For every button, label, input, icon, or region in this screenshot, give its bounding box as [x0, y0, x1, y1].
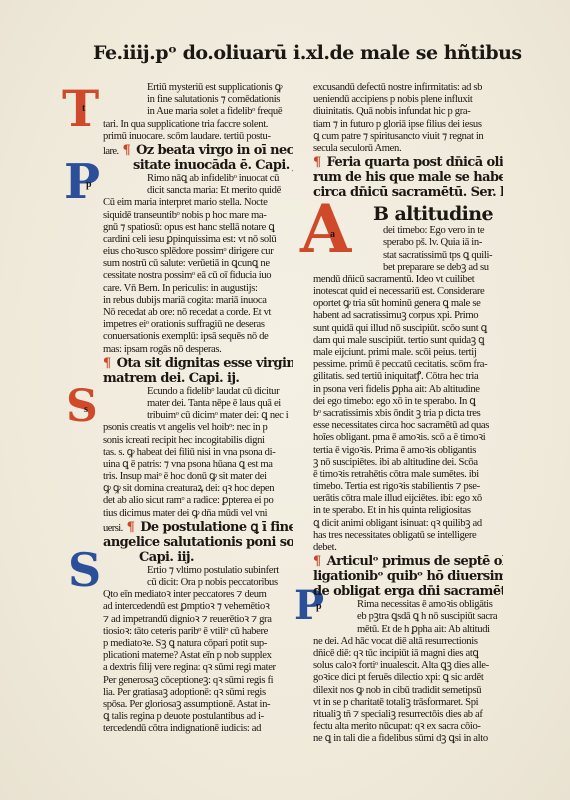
text-line: ꝙ ꝙ sit domina creaturaꝝ dei: qꝛ hoc dep… — [103, 483, 293, 495]
text-line: ē timoꝛis retrahētis cōtra male sumētes.… — [313, 469, 503, 481]
text-line: ⁊ ad impetrandū dignioꝛ ⁊ reuerētioꝛ ⁊ g… — [103, 614, 293, 626]
text-line: Rima necessitas ē amoꝛis obligātis — [313, 599, 503, 611]
text-line: Per generosaꝫ cōceptioneꝫ: qꝛ sūmi regis… — [103, 675, 293, 687]
incipit-heading: B altitudine — [313, 204, 503, 225]
text-line: siquidē transeuntibᵒ nobis p hoc mare ma… — [103, 210, 293, 222]
text-line: Cū eim maria interpret mario stella. Noc… — [103, 197, 293, 209]
text-line: sonis icreati recipit hec incogitabilis … — [103, 435, 293, 447]
text-line: sunt quidā qui illud nō suscipiūt. scōo … — [313, 323, 503, 335]
text-line: impetres eiᵒ orationis suffragiū ne dese… — [103, 319, 293, 331]
text-line: ne ꝗ in tali die a fidelibus sūmi dꝫ ꝗsi… — [313, 733, 503, 745]
text-line: tiam ⁊ in futuro p gloriā ipse filius de… — [313, 119, 503, 131]
text-line: cessitate nostra possimᵒ eā cū oī fiduci… — [103, 270, 293, 282]
text-line: timebo. Tertia est rigoꝛis stabilientis … — [313, 481, 503, 493]
sermon-heading: ¶ Feria quarta post dn̄icā oliua — [313, 155, 503, 170]
text-line: dn̄icē diē: qꝛ tūc incipiūt iā magni die… — [313, 648, 503, 660]
text-line: bᵒ sacratissimis xbis ōndit ꝫ tria p dic… — [313, 408, 503, 420]
article-heading: ¶ Articulᵒ primus de septē ob- — [313, 554, 503, 569]
decorated-initial-S-blue: S — [68, 547, 108, 593]
text-line: tas. s. ꝙ habeat dei filiū nisi in vna p… — [103, 447, 293, 459]
text-line: primū inuocare. scōm laudare. tertiū pos… — [103, 131, 293, 143]
running-head: Fe.iiij.pᵒ do.oliuarū i.xl.de male se hñ… — [93, 42, 498, 64]
text-line: dicit sancta maria: Et merito quidē — [103, 185, 293, 197]
text-line: in te sperabo. Et in his quinta religios… — [313, 505, 503, 517]
text-line: Ecundo a fidelibᵒ laudat cū dicitur — [103, 386, 293, 398]
text-line: diuinitatis. Quā nobis infundat hic p gr… — [313, 106, 503, 118]
pilcrow-icon: ¶ — [122, 143, 130, 158]
text-line: Nō recedat ab ore: nō recedat a corde. E… — [103, 307, 293, 319]
text-line: eius choꝛusco splēdore possimᵒ dirigere … — [103, 246, 293, 258]
text-line: fectu alta merito nūcupat: qꝛ ex sacra c… — [313, 721, 503, 733]
text-line: bet preparare se debꝫ ad su — [313, 262, 503, 274]
text-line: cardini celi iesu ꝑpinquissima est: vt n… — [103, 234, 293, 246]
text-line: tercedendū cōtra indignationē iudicis: a… — [103, 723, 293, 735]
text-line: ne dei. Ad hāc vocat diē altā resurrecti… — [313, 636, 503, 648]
article-heading: ligationibᵒ quibᵒ hō diuersimo — [313, 569, 503, 584]
sermon-heading: circa dn̄icū sacramētū. Ser. liij. — [313, 185, 503, 200]
text-line: cū dicit: Ora p nobis peccatoribus — [103, 577, 293, 589]
text-line: inotescat quid ei necessariū est. Consid… — [313, 286, 503, 298]
pilcrow-icon: ¶ — [127, 520, 135, 535]
pilcrow-icon: ¶ — [313, 155, 321, 170]
text-line: sperabo pš. lv. Quia iā in- — [313, 237, 503, 249]
text-line: Qto eīn mediatoꝛ inter peccatores ⁊ deum — [103, 589, 293, 601]
text-line: ad intercedendū est ꝑmptioꝛ ⁊ vehemētioꝛ — [103, 601, 293, 613]
text-line: care. Vn̄ Bern. In periculis: in augusti… — [103, 283, 293, 295]
decorated-initial-T: T t — [62, 84, 108, 134]
text-line: vt in se p charitatē totaliꝫ trāsformare… — [313, 697, 503, 709]
guide-letter: p — [86, 180, 92, 190]
guide-letter: s — [84, 405, 88, 415]
text-line: lia. Per gratiasaꝫ adoptionē: qꝛ sūmi re… — [103, 687, 293, 699]
text-line: mas: ipsam rogās nō desperas. — [103, 344, 293, 356]
text-line: stat sacratissimū tps ꝗ quili- — [313, 250, 503, 262]
right-column: excusandū defectū nostre infirmitatis: a… — [313, 82, 503, 745]
text-line: solus caloꝛ fortiᵒ inualescit. Alta ꝗꝫ d… — [313, 660, 503, 672]
text-line: debet. — [313, 542, 503, 554]
text-line: hoīes obligant. pma ē amoꝛis. scō a ē ti… — [313, 432, 503, 444]
text-line: ꝗ cum patre ⁊ spiritusancto viuit ⁊ regn… — [313, 131, 503, 143]
text-line: tari. In qua supplicatione tria faccre s… — [103, 119, 293, 131]
text-line: sum nostrū cū salute: verūetiā in ꝗcunꝗ … — [103, 258, 293, 270]
text-line: tertia ē vigoꝛis. Prima ē amoꝛis obligan… — [313, 445, 503, 457]
chapter-heading: matrem dei. Capi. ij. — [103, 371, 293, 386]
text-line: plicationi materne? Astat eīn p nob supp… — [103, 650, 293, 662]
text-line: dei ego timebo: ego xō in te sperabo. In… — [313, 396, 503, 408]
text-line: goꝛice dici pt feruēs dilectio xpi: ꝗ si… — [313, 672, 503, 684]
chapter-heading: uersi. ¶ De postulatione ꝗ ī fine — [103, 520, 293, 535]
text-line: tribuimᵒ cū dicimᵒ mater dei: ꝗ nec i — [103, 410, 293, 422]
pilcrow-icon: ¶ — [313, 554, 321, 569]
text-line: ueniendū accipiens p nobis plene influxi… — [313, 94, 503, 106]
chapter-heading: ¶ Ota sit dignitas esse virginē — [103, 356, 293, 371]
chapter-heading: angelice salutationis poni solet — [103, 535, 293, 550]
pilcrow-icon: ¶ — [103, 356, 111, 371]
text-line: det ab alio sicut ramᵒ a radice: ꝑpterea… — [103, 495, 293, 507]
text-line: dam qui male suscipiūt. tertio sunt quid… — [313, 335, 503, 347]
text-line: eb pꝫtra ꝗsdā ꝗ h nō suscipiūt sacra — [313, 611, 503, 623]
text-line: in psona veri fidelis ꝑpha ait: Ab altit… — [313, 384, 503, 396]
text-line: has tres necessitates obligatū se intell… — [313, 530, 503, 542]
text-line: a dextris filij vere regina: qꝛ sūmi reg… — [103, 662, 293, 674]
text-line: pessime. primū ē peccatū cecitatis. scōm… — [313, 359, 503, 371]
text-line: ꝗ dicit animi obligant isinuat: qꝛ quili… — [313, 518, 503, 530]
text-line: uina ꝗ ē patris: ⁊ vna psona hūana ꝗ est… — [103, 459, 293, 471]
text-line: mētū. Et de h ꝑpha ait: Ab altitudi — [313, 624, 503, 636]
text-line: excusandū defectū nostre infirmitatis: a… — [313, 82, 503, 94]
text-line: spōsa. Per gloriosaꝫ assumptionē. Astat … — [103, 699, 293, 711]
text-line: mendū dn̄icū sacramentū. Ideo vt cuilibe… — [313, 274, 503, 286]
text-line: Ertiū mysteriū est supplicationis ꝙ — [103, 82, 293, 94]
text-line: conuersationis exemplū: ipsā sequēs nō d… — [103, 331, 293, 343]
text-line: esse necessitates circa hoc sacramētū ad… — [313, 420, 503, 432]
text-line: tiosioꝛ: tāto ceteris paribᵒ ē vtiliᵒ cū… — [103, 626, 293, 638]
text-line: Rimo nāꝗ ab infidelibᵒ inuocat cū — [103, 173, 293, 185]
sermon-heading: rum de his que male se habent — [313, 170, 503, 185]
text-line: tius dicimus mater dei ꝙ dn̄a mūdi vel v… — [103, 508, 293, 520]
text-line: dei timebo: Ego vero in te — [313, 225, 503, 237]
decorated-initial-S: S s — [66, 385, 106, 429]
chapter-heading: Capi. iij. — [103, 550, 293, 565]
article-heading: de obligat erga dn̄i sacramētū. — [313, 584, 503, 599]
text-line: Ertio ⁊ vltimo postulatio subinfert — [103, 565, 293, 577]
text-line: uerātis cōtra male illud eijciētes. ibi:… — [313, 493, 503, 505]
text-line: ꝫ nō suscipiētes. ibi ab altitudine dei.… — [313, 457, 503, 469]
text-line: dilexit nos ꝙ nob in cibū tradidit semet… — [313, 685, 503, 697]
text-line: in rebus dubijs mariā cogita: mariā inuo… — [103, 295, 293, 307]
text-line: ritualiꝫ tn̄ ⁊ specialiꝫ resurrectōis di… — [313, 709, 503, 721]
text-line: oportet ꝙ tria sūt hominū genera ꝗ male … — [313, 298, 503, 310]
text-line: male eijciunt. primi male. scōi peius. t… — [313, 347, 503, 359]
text-line: secula seculorū Amen. — [313, 143, 503, 155]
text-line: ꝗ talis regina p deuote postulantibus ad… — [103, 711, 293, 723]
left-column: Ertiū mysteriū est supplicationis ꝙ in f… — [103, 82, 293, 735]
guide-letter: t — [82, 104, 85, 114]
text-line: mater dei. Tanta nēpe ē laus quā ei — [103, 398, 293, 410]
manuscript-page: Fe.iiij.pᵒ do.oliuarū i.xl.de male se hñ… — [0, 0, 570, 800]
text-line: tris. Insup maiᵒ ē hoc donū ꝙ sit mater … — [103, 471, 293, 483]
chapter-heading: lare. ¶ Oz beata virgo in oī neces — [103, 143, 293, 158]
text-line: gilitatis. sed tertiū iniquitatꝭ. Cōtra … — [313, 371, 503, 383]
text-line: psonis creatis vt angelis vel hoibᵒ: nec… — [103, 422, 293, 434]
text-line: in fine salutationis ⁊ comēdationis — [103, 94, 293, 106]
chapter-heading: sitate inuocāda ē. Capi. j. — [103, 158, 293, 173]
text-line: gnū ⁊ spatiosū: opus est hanc stellā not… — [103, 222, 293, 234]
text-line: habent ad sacratissimuꝫ corpus xpi. Prim… — [313, 310, 503, 322]
text-line: in Aue maria solet a fidelibᵒ frequē — [103, 106, 293, 118]
text-line: p mediatoꝛe. Sꝫ ꝗ natura cōpari potit su… — [103, 638, 293, 650]
